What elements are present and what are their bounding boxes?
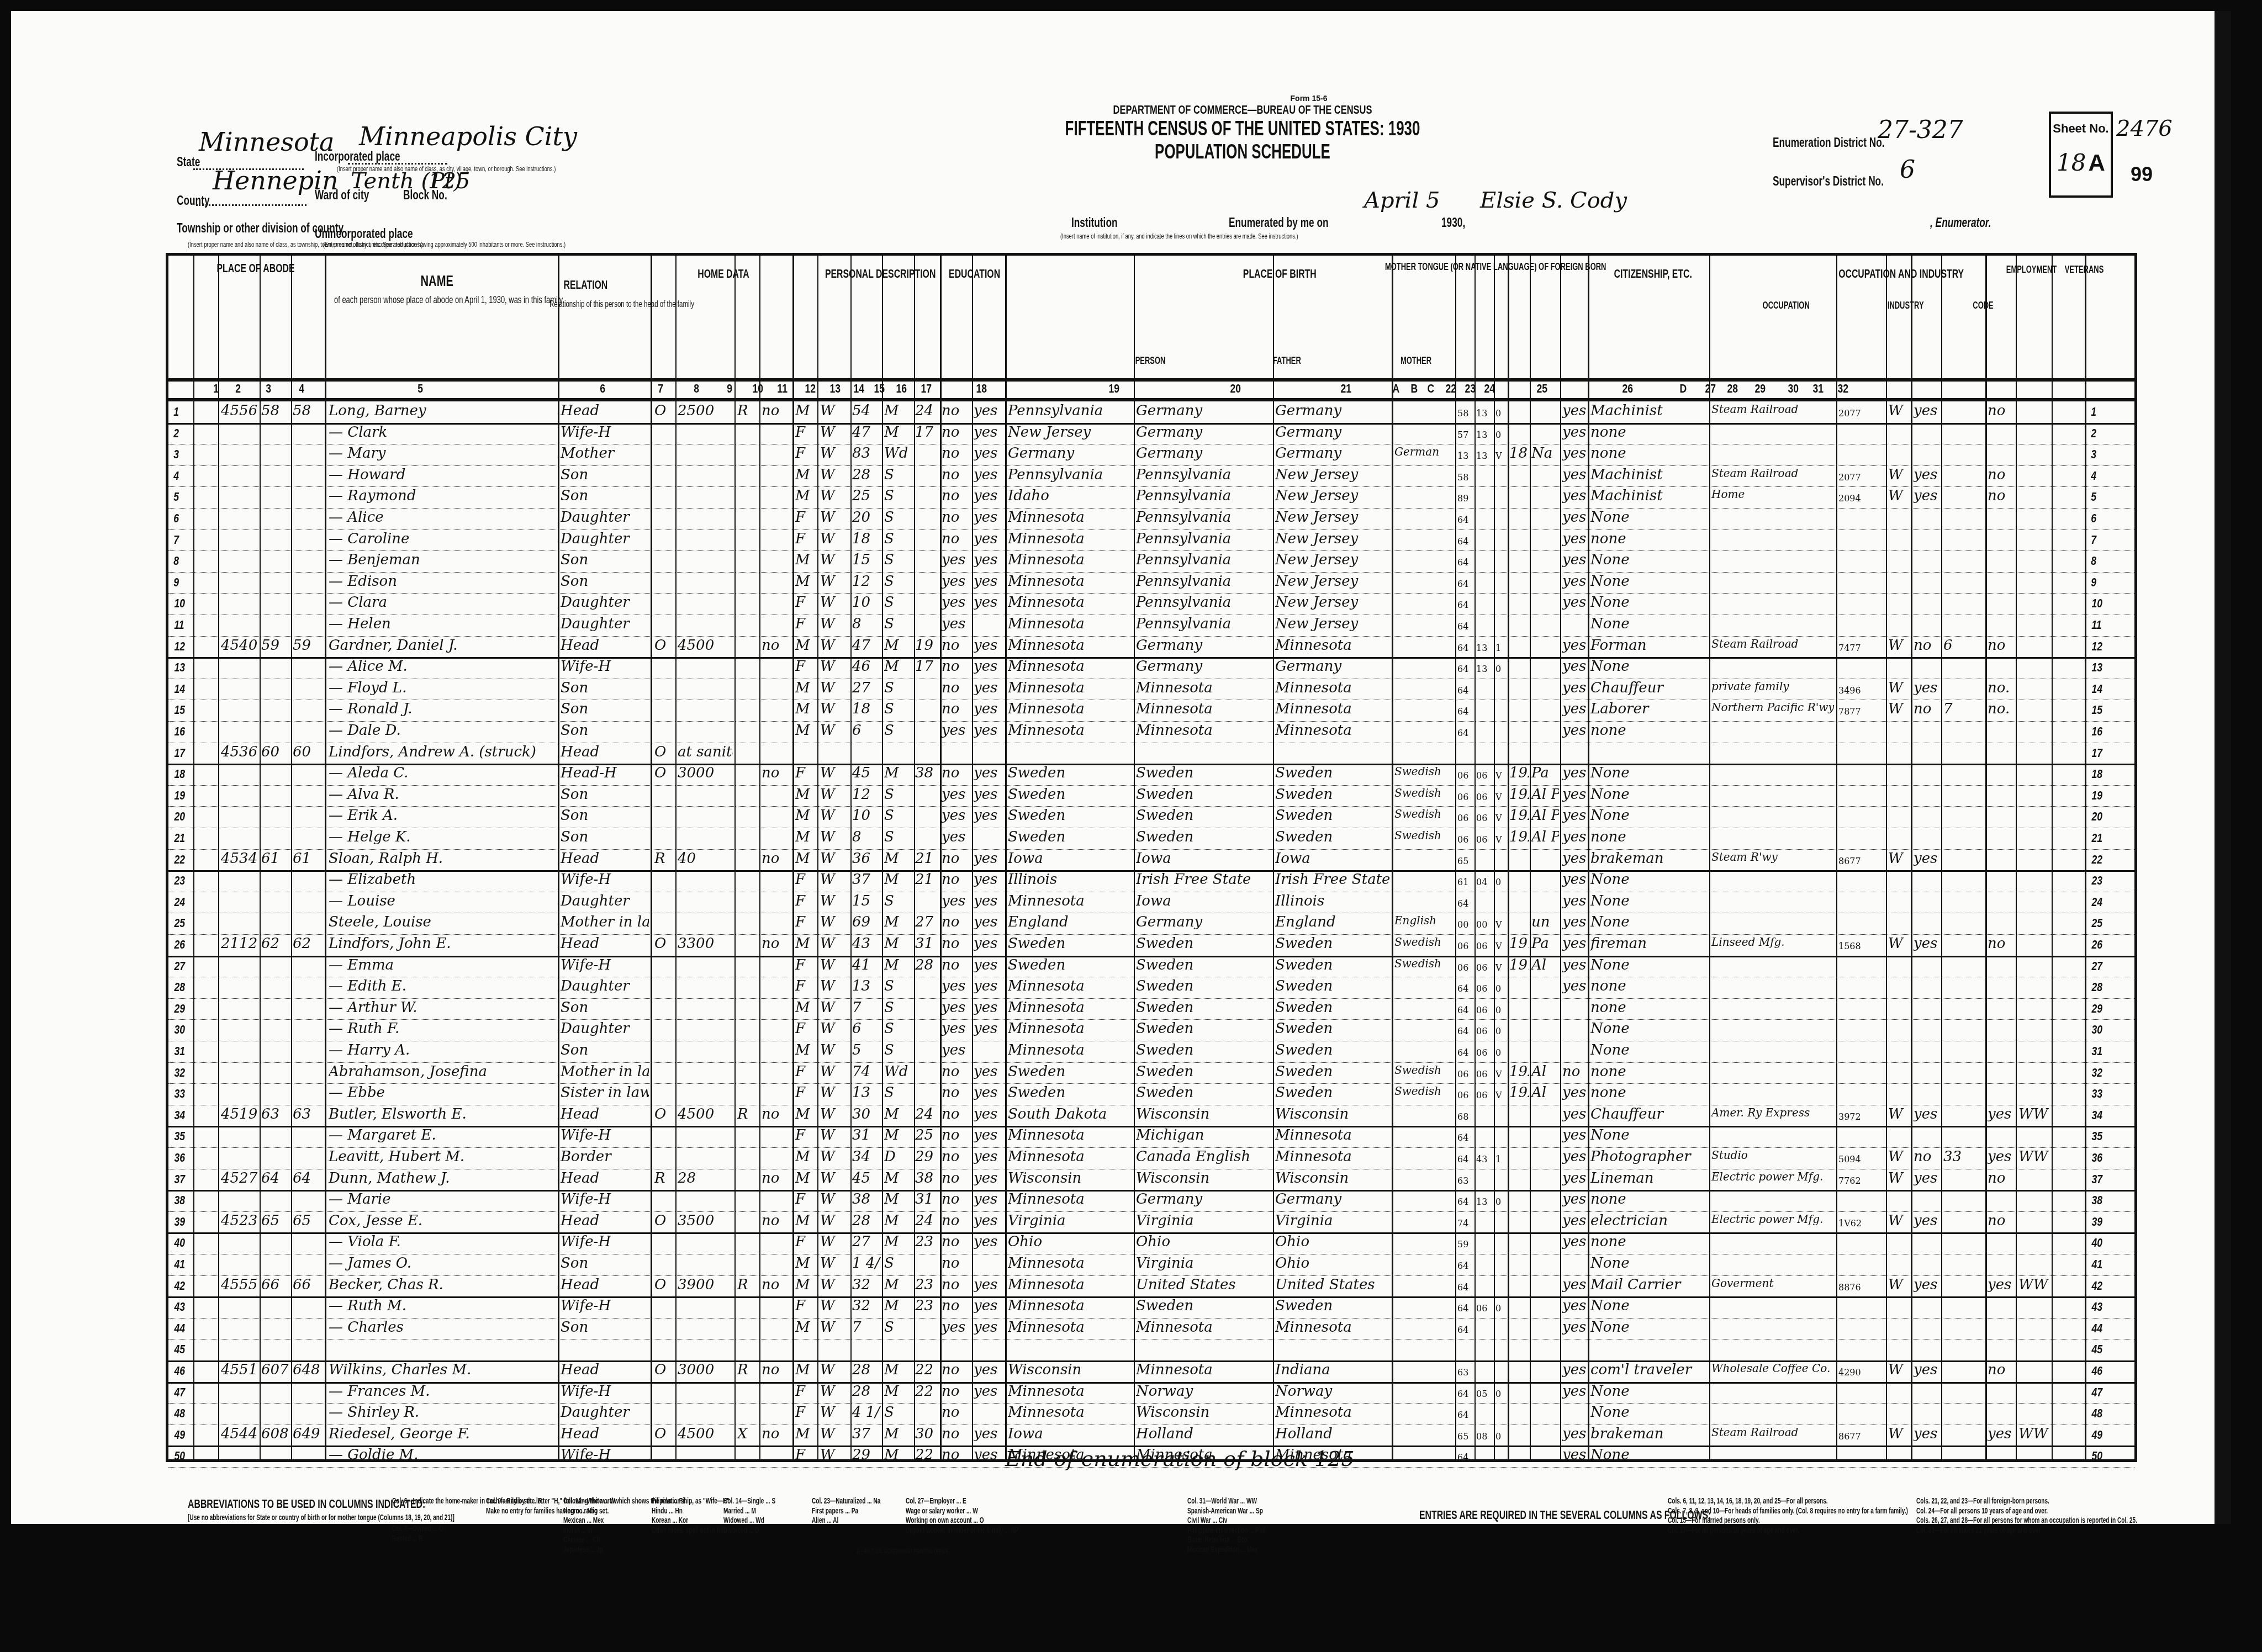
cell-school: no	[942, 1191, 970, 1208]
line-number: 35	[174, 1129, 185, 1143]
birth-person-header: PERSON	[1135, 355, 1166, 367]
cell-school: no	[942, 1383, 970, 1400]
cell-age-marr: 28	[915, 957, 939, 973]
cell-school: no	[942, 1127, 970, 1143]
cell-father: Wisconsin	[1136, 1170, 1271, 1187]
cell-name: Wilkins, Charles M.	[329, 1362, 555, 1378]
line-number: 21	[174, 831, 185, 845]
cell-read: yes	[974, 1106, 1004, 1122]
cell-age-marr: 23	[915, 1233, 939, 1250]
cell-name: — Dale D.	[329, 722, 555, 739]
cell-marital: S	[884, 573, 912, 590]
cell-industry: Steam Railroad	[1711, 403, 1834, 416]
cell-relation: Son	[561, 1319, 649, 1336]
cell-value: 3500	[678, 1212, 733, 1229]
institution-note: (Insert name of institution, if any, and…	[1060, 232, 1298, 240]
colnum: 6	[600, 382, 605, 396]
cell-read: yes	[974, 1447, 1004, 1463]
table-row: 1616— Dale D.SonMW6SyesyesMinnesotaMinne…	[168, 721, 2134, 743]
cell-relation: Head	[561, 1106, 649, 1122]
cell-english: yes	[1562, 1212, 1587, 1229]
line-number-right: 24	[2091, 895, 2102, 909]
cell-sex: M	[795, 1212, 816, 1229]
cell-industry: Wholesale Coffee Co.	[1711, 1362, 1834, 1375]
cell-house: 4544	[221, 1426, 260, 1442]
line-number: 22	[174, 853, 185, 867]
cell-family: 65	[293, 1212, 325, 1229]
cell-marital: M	[884, 871, 912, 888]
cell-codeB: 06	[1476, 1303, 1493, 1314]
cell-marital: S	[884, 616, 912, 632]
cell-age: 7	[852, 999, 881, 1016]
cell-birth: Minnesota	[1008, 1020, 1132, 1037]
cell-tongue: German	[1394, 445, 1454, 458]
cell-mother: Minnesota	[1275, 637, 1390, 654]
cell-age-marr: 24	[915, 1212, 939, 1229]
cell-immig: 1874	[1509, 445, 1529, 462]
cell-sex: M	[795, 680, 816, 696]
cell-father: Irish Free State	[1136, 871, 1271, 888]
cell-birth: Minnesota	[1008, 722, 1132, 739]
cell-father: Virginia	[1136, 1212, 1271, 1229]
line-number-right: 34	[2091, 1108, 2102, 1122]
unincorporated-label: Unincorporated place	[315, 226, 413, 242]
cell-sex: F	[795, 1447, 816, 1463]
cell-marital: M	[884, 1383, 912, 1400]
county-label: County	[177, 193, 210, 209]
cell-father: Minnesota	[1136, 1319, 1271, 1336]
cell-occupation: None	[1590, 786, 1708, 803]
cell-school: no	[942, 509, 970, 526]
cell-sex: M	[795, 1319, 816, 1336]
cell-age: 29	[852, 1447, 881, 1463]
cell-marital: M	[884, 957, 912, 973]
cell-codeA: 64	[1457, 728, 1474, 738]
cell-dwelling: 58	[261, 403, 292, 419]
line-number-right: 5	[2091, 490, 2096, 504]
table-body: 1145565858Long, BarneyHeadO2500RnoMW54M2…	[168, 401, 2134, 1467]
cell-father: Iowa	[1136, 850, 1271, 867]
cell-codeC: 0	[1495, 1047, 1508, 1058]
cell-value: 28	[678, 1170, 733, 1187]
cell-race: W	[820, 1212, 848, 1229]
cell-name: — Edison	[329, 573, 555, 590]
cell-nat: Al	[1531, 957, 1559, 973]
cell-age-marr: 31	[915, 1191, 939, 1208]
cell-nat: Na	[1531, 445, 1559, 462]
table-row: 3333— EbbeSister in lawFW13SnoyesSwedenS…	[168, 1083, 2134, 1105]
cell-tongue: Swedish	[1394, 765, 1454, 778]
cell-codeD: 1V62	[1838, 1218, 1885, 1229]
table-row: 46464551607648Wilkins, Charles M.HeadO30…	[168, 1360, 2134, 1384]
population-table: PLACE OF ABODE NAME of each person whose…	[166, 253, 2137, 1462]
cell-industry: Steam Railroad	[1711, 637, 1834, 650]
cell-owned: O	[654, 1212, 674, 1229]
cell-mother: New Jersey	[1275, 573, 1390, 590]
colnum: 19	[1108, 382, 1119, 396]
cell-codeA: 64	[1457, 1132, 1474, 1143]
cell-farm: no	[762, 1212, 792, 1229]
cell-english: yes	[1562, 1127, 1587, 1143]
line-number: 13	[174, 660, 185, 675]
enumerated-label: Enumerated by me on	[1229, 215, 1329, 231]
cell-relation: Wife-H	[561, 1447, 649, 1463]
cell-codeC: V	[1495, 834, 1508, 845]
cell-english: yes	[1562, 1298, 1587, 1314]
line-number-right: 19	[2091, 788, 2102, 803]
cell-school: no	[942, 701, 970, 717]
cell-farm: no	[762, 1426, 792, 1442]
colnum: 15	[874, 382, 885, 396]
cell-class: W	[1888, 680, 1910, 696]
cell-marital: M	[884, 1212, 912, 1229]
cell-family: 66	[293, 1277, 325, 1293]
cell-race: W	[820, 573, 848, 590]
cell-dwelling: 62	[261, 935, 292, 952]
cell-occupation: Mail Carrier	[1590, 1277, 1708, 1293]
cell-name: — Ruth M.	[329, 1298, 555, 1314]
cell-codeA: 64	[1457, 1154, 1474, 1164]
line-number-right: 25	[2091, 916, 2102, 930]
cell-house: 4519	[221, 1106, 260, 1122]
cell-codeA: 65	[1457, 856, 1474, 866]
cell-occupation: None	[1590, 765, 1708, 781]
cell-occupation: None	[1590, 509, 1708, 526]
cell-race: W	[820, 680, 848, 696]
table-row: 4747— Frances M.Wife-HFW28M22noyesMinnes…	[168, 1382, 2134, 1404]
cell-school: no	[942, 445, 970, 462]
colnum: 25	[1536, 382, 1547, 396]
cell-father: Sweden	[1136, 1042, 1271, 1058]
cell-codeA: 64	[1457, 1452, 1474, 1463]
cell-age: 46	[852, 658, 881, 675]
line-number: 41	[174, 1257, 185, 1272]
cell-sex: M	[795, 999, 816, 1016]
institution-label: Institution	[1071, 215, 1117, 231]
cell-industry: private family	[1711, 680, 1834, 693]
cell-codeD: 8677	[1838, 1431, 1885, 1442]
cell-relation: Daughter	[561, 509, 649, 526]
cell-relation: Son	[561, 999, 649, 1016]
cell-school: yes	[942, 786, 970, 803]
cell-occupation: Chauffeur	[1590, 680, 1708, 696]
line-number-right: 7	[2091, 533, 2096, 547]
cell-father: Sweden	[1136, 935, 1271, 952]
cell-race: W	[820, 445, 848, 462]
cell-relation: Head	[561, 1212, 649, 1229]
cell-tongue: English	[1394, 914, 1454, 927]
cell-owned: O	[654, 1362, 674, 1378]
cell-birth: Iowa	[1008, 850, 1132, 867]
cell-family: 61	[293, 850, 325, 867]
cell-mother: Irish Free State	[1275, 871, 1390, 888]
cell-occupation: Laborer	[1590, 701, 1708, 717]
cell-read: yes	[974, 871, 1004, 888]
colnum: 4	[299, 382, 304, 396]
table-row: 55— RaymondSonMW25SnoyesIdahoPennsylvani…	[168, 486, 2134, 509]
cell-codeC: 1	[1495, 643, 1508, 653]
cell-codeB: 13	[1476, 408, 1493, 419]
cell-occupation: Chauffeur	[1590, 1106, 1708, 1122]
colnum: 3	[266, 382, 271, 396]
cell-mother: Wisconsin	[1275, 1170, 1390, 1187]
cell-work: yes	[1914, 1212, 1940, 1229]
cell-sex: F	[795, 509, 816, 526]
cell-family: 60	[293, 744, 325, 760]
group-education: EDUCATION	[949, 267, 1000, 281]
cell-race: W	[820, 935, 848, 952]
cell-class: W	[1888, 1362, 1910, 1378]
cell-relation: Daughter	[561, 1404, 649, 1421]
cell-codeC: V	[1495, 1090, 1508, 1100]
cell-codeD: 1568	[1838, 941, 1885, 951]
cell-vet: no	[1988, 935, 2015, 952]
cell-marital: S	[884, 467, 912, 483]
line-number: 6	[173, 511, 179, 526]
cell-owned: R	[654, 850, 674, 867]
cell-read: yes	[974, 531, 1004, 547]
cell-age: 6	[852, 1020, 881, 1037]
cell-birth: Minnesota	[1008, 637, 1132, 654]
enumerated-date: April 5	[1364, 188, 1440, 213]
cell-english: yes	[1562, 1148, 1587, 1165]
cell-marital: S	[884, 552, 912, 568]
cell-owned: O	[654, 765, 674, 781]
colnum: 12	[805, 382, 816, 396]
cell-birth: Minnesota	[1008, 509, 1132, 526]
cell-sex: M	[795, 403, 816, 419]
cell-codeB: 04	[1476, 877, 1493, 887]
cell-school: no	[942, 1106, 970, 1122]
cell-race: W	[820, 1255, 848, 1272]
cell-occupation: brakeman	[1590, 1426, 1708, 1442]
cell-codeB: 06	[1476, 962, 1493, 973]
cell-mother: Minnesota	[1275, 680, 1390, 696]
cell-father: Pennsylvania	[1136, 509, 1271, 526]
cell-school: yes	[942, 807, 970, 824]
colnum: 13	[829, 382, 841, 396]
cell-father: Pennsylvania	[1136, 616, 1271, 632]
unincorporated-note: (Enter name of any unincorporated place …	[323, 240, 565, 248]
cell-mother: Illinois	[1275, 893, 1390, 909]
cell-codeA: 06	[1457, 813, 1474, 823]
cell-sex: M	[795, 552, 816, 568]
schedule-title: POPULATION SCHEDULE	[937, 140, 1549, 163]
cell-radio: R	[737, 403, 758, 419]
cell-codeC: 0	[1495, 430, 1508, 440]
cell-unemp: 6	[1943, 637, 1984, 654]
cell-mother: Ohio	[1275, 1255, 1390, 1272]
cell-school: yes	[942, 616, 970, 632]
cell-value: 40	[678, 850, 733, 867]
cell-english: yes	[1562, 893, 1587, 909]
cell-age: 27	[852, 680, 881, 696]
cell-relation: Head	[561, 637, 649, 654]
cell-mother: New Jersey	[1275, 467, 1390, 483]
department-title: DEPARTMENT OF COMMERCE—BUREAU OF THE CEN…	[924, 103, 1562, 117]
cell-mother: Germany	[1275, 403, 1390, 419]
cell-class: W	[1888, 637, 1910, 654]
cell-father: Sweden	[1136, 807, 1271, 824]
cell-farm: no	[762, 637, 792, 654]
cell-vet: yes	[1988, 1148, 2015, 1165]
cell-dwelling: 63	[261, 1106, 292, 1122]
cell-codeB: 06	[1476, 1005, 1493, 1015]
cell-name: Sloan, Ralph H.	[329, 850, 555, 867]
cell-age: 31	[852, 1127, 881, 1143]
cell-radio: X	[737, 1426, 758, 1442]
cell-codeA: 64	[1457, 621, 1474, 632]
cell-work: yes	[1914, 403, 1940, 419]
cell-race: W	[820, 531, 848, 547]
line-number-right: 44	[2091, 1321, 2102, 1336]
cell-race: W	[820, 467, 848, 483]
line-number-right: 30	[2091, 1023, 2102, 1037]
cell-mother: Ohio	[1275, 1233, 1390, 1250]
cell-sex: F	[795, 1020, 816, 1037]
cell-race: W	[820, 616, 848, 632]
line-number: 25	[174, 916, 185, 930]
cell-english: yes	[1562, 1084, 1587, 1101]
sd-value: 6	[1900, 156, 1915, 184]
cell-sex: M	[795, 1042, 816, 1058]
line-number: 36	[174, 1151, 185, 1165]
cell-codeA: 64	[1457, 1261, 1474, 1271]
cell-vet: no	[1988, 1362, 2015, 1378]
cell-age: 37	[852, 1426, 881, 1442]
line-number: 9	[173, 575, 179, 590]
cell-birth: Minnesota	[1008, 573, 1132, 590]
cell-english: yes	[1562, 1319, 1587, 1336]
cell-relation: Son	[561, 467, 649, 483]
cell-birth: Pennsylvania	[1008, 403, 1132, 419]
colnum: 16	[896, 382, 907, 396]
cell-read: yes	[974, 658, 1004, 675]
group-occupation-industry: OCCUPATION AND INDUSTRY	[1838, 267, 1964, 281]
cell-industry: Linseed Mfg.	[1711, 935, 1834, 949]
cell-name: Steele, Louise	[329, 914, 555, 930]
cell-sex: M	[795, 573, 816, 590]
cell-codeA: 06	[1457, 1069, 1474, 1079]
cell-read: yes	[974, 765, 1004, 781]
cell-occupation: brakeman	[1590, 850, 1708, 867]
cell-radio: R	[737, 1277, 758, 1293]
cell-dwelling: 607	[261, 1362, 292, 1378]
cell-mother: Sweden	[1275, 957, 1390, 973]
cell-race: W	[820, 1404, 848, 1421]
line-number-right: 18	[2091, 767, 2102, 781]
colnum: 9	[727, 382, 732, 396]
cell-read: yes	[974, 722, 1004, 739]
line-number: 5	[173, 490, 179, 504]
cell-class: W	[1888, 1212, 1910, 1229]
cell-relation: Daughter	[561, 893, 649, 909]
cell-codeA: 64	[1457, 1325, 1474, 1335]
cell-codeC: 0	[1495, 1196, 1508, 1207]
cell-race: W	[820, 807, 848, 824]
cell-age: 6	[852, 722, 881, 739]
cell-class: W	[1888, 1277, 1910, 1293]
cell-english: yes	[1562, 531, 1587, 547]
cell-sex: M	[795, 935, 816, 952]
cell-dwelling: 60	[261, 744, 292, 760]
table-row: 2929— Arthur W.SonMW7SyesyesMinnesotaSwe…	[168, 998, 2134, 1020]
cell-marital: M	[884, 1362, 912, 1378]
line-number-right: 35	[2091, 1129, 2102, 1143]
cell-sex: M	[795, 701, 816, 717]
cell-name: Lindfors, John E.	[329, 935, 555, 952]
cell-age-marr: 31	[915, 935, 939, 952]
cell-father: Holland	[1136, 1426, 1271, 1442]
ed-value: 27-327	[1878, 116, 1963, 144]
table-row: 262621126262Lindfors, John E.HeadO3300no…	[168, 934, 2134, 957]
cell-birth: Minnesota	[1008, 616, 1132, 632]
cell-read: yes	[974, 850, 1004, 867]
cell-codeA: 61	[1457, 877, 1474, 887]
cell-codeA: 89	[1457, 493, 1474, 504]
table-row: 3131— Harry A.SonMW5SyesMinnesotaSwedenS…	[168, 1041, 2134, 1063]
cell-codeA: 64	[1457, 579, 1474, 589]
cell-father: Pennsylvania	[1136, 531, 1271, 547]
cell-codeA: 06	[1457, 941, 1474, 951]
cell-father: Sweden	[1136, 829, 1271, 845]
cell-school: no	[942, 957, 970, 973]
line-number-right: 8	[2091, 554, 2096, 568]
cell-school: no	[942, 1298, 970, 1314]
stamp-page: 99	[2131, 163, 2153, 186]
cell-age-marr: 17	[915, 658, 939, 675]
cell-school: no	[942, 850, 970, 867]
cell-relation: Son	[561, 573, 649, 590]
cell-value: 4500	[678, 1106, 733, 1122]
cell-codeC: V	[1495, 451, 1508, 461]
cell-occupation: None	[1590, 893, 1708, 909]
cell-english: yes	[1562, 658, 1587, 675]
table-row: 66— AliceDaughterFW20SnoyesMinnesotaPenn…	[168, 508, 2134, 530]
birth-father-header: FATHER	[1273, 355, 1301, 367]
cell-birth: Iowa	[1008, 1426, 1132, 1442]
cell-name: — Louise	[329, 893, 555, 909]
cell-codeC: V	[1495, 770, 1508, 781]
cell-name: — Alice	[329, 509, 555, 526]
cell-relation: Wife-H	[561, 1191, 649, 1208]
cell-relation: Mother in law	[561, 914, 649, 930]
cell-tongue: Swedish	[1394, 957, 1454, 970]
group-mother-tongue: MOTHER TONGUE (OR NATIVE LANGUAGE) OF FO…	[1385, 261, 1606, 273]
cell-owned: R	[654, 1170, 674, 1187]
cell-school: no	[942, 765, 970, 781]
cell-relation: Son	[561, 488, 649, 504]
cell-race: W	[820, 1298, 848, 1314]
cell-relation: Wife-H	[561, 957, 649, 973]
cell-age: 38	[852, 1191, 881, 1208]
cell-father: Michigan	[1136, 1127, 1271, 1143]
cell-marital: M	[884, 1170, 912, 1187]
group-place-of-abode: PLACE OF ABODE	[216, 261, 294, 276]
sheet-number-box: Sheet No. 18 A	[2049, 112, 2113, 198]
cell-marital: S	[884, 807, 912, 824]
cell-work: no	[1914, 701, 1940, 717]
cell-age: 37	[852, 871, 881, 888]
cell-birth: Sweden	[1008, 807, 1132, 824]
cell-relation: Daughter	[561, 978, 649, 994]
cell-mother: New Jersey	[1275, 616, 1390, 632]
group-veterans: VETERANS	[2065, 264, 2104, 276]
cell-school: no	[942, 1255, 970, 1272]
cell-relation: Wife-H	[561, 1298, 649, 1314]
cell-nat: Al Pa	[1531, 807, 1559, 824]
cell-race: W	[820, 1042, 848, 1058]
